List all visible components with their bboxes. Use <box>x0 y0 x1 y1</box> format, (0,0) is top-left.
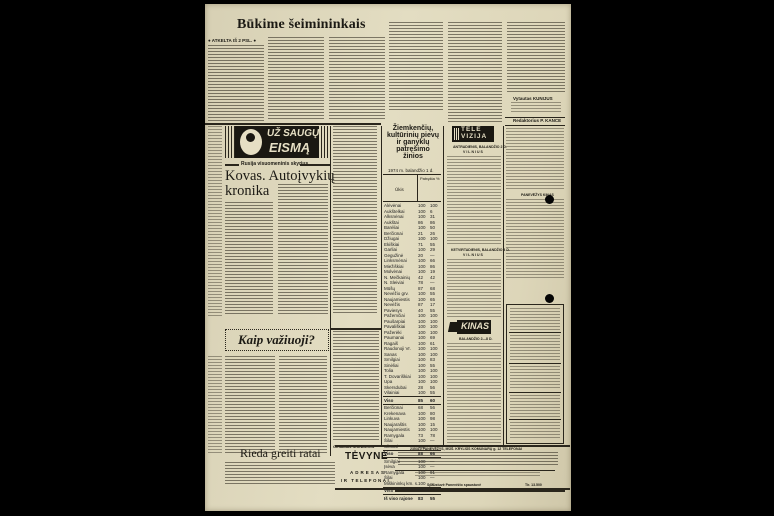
horizontal-divider <box>205 123 381 125</box>
table-header-name: Ūkis <box>395 187 404 192</box>
farm-report-date: 1974 m. balandžio 1 d. <box>388 168 434 173</box>
table-cell: Paumanai <box>384 335 404 340</box>
table-cell: Alksnėnai <box>384 214 404 219</box>
farm-report-headline: Žiemkenčių, kultūrinių pievų ir ganyklų … <box>383 125 443 160</box>
table-cell: Barėliai <box>384 225 399 230</box>
notice-2 <box>510 335 560 361</box>
table-cell: Molvėnai <box>384 269 402 274</box>
cinema-logo-box: KINAS <box>457 320 491 334</box>
table-cell: Smilgiai <box>384 357 400 362</box>
table-cell: Berčiūnai <box>384 231 403 236</box>
table-cell: 55 <box>430 363 435 368</box>
table-cell: 100 <box>418 352 426 357</box>
table-cell: Nevėžio grv. <box>384 291 409 296</box>
author-note <box>511 102 561 114</box>
table-cell: 55 <box>430 291 435 296</box>
chronicle-text-col-1 <box>225 202 273 314</box>
table-cell: 28 <box>418 385 423 390</box>
article-text-col-5 <box>448 22 502 122</box>
tv-antenna-icon <box>454 128 459 140</box>
table-cell: 100 <box>430 368 438 373</box>
table-cell: 66 <box>430 258 435 263</box>
tv-logo-text-2: VIZIJA <box>461 133 487 140</box>
cinema-logo-text: KINAS <box>461 321 489 331</box>
table-cell: 55 <box>430 390 435 395</box>
cinema-subtitle: BALANDŽIO 2—8 D. <box>459 337 492 341</box>
table-cell: Skersdubai <box>384 385 407 390</box>
tv-schedule-2 <box>447 259 501 317</box>
table-cell: 83 <box>430 357 435 362</box>
table-cell: 100 <box>418 269 426 274</box>
table-cell: 31 <box>430 214 435 219</box>
table-cell: 100 <box>418 313 426 318</box>
table-cell: 100 <box>418 427 426 432</box>
traffic-light-inner-icon <box>246 133 255 142</box>
table-cell: Aukštelkai <box>384 209 405 214</box>
table-cell: 73 <box>418 433 423 438</box>
footer-rule-mid <box>395 470 555 471</box>
table-cell: Sinėliai <box>384 363 399 368</box>
table-cell: Nevėžis <box>384 302 400 307</box>
television-logo: TELE VIZIJA <box>452 126 494 142</box>
chronicle-text-col-2 <box>278 184 328 314</box>
table-cell: 100 <box>430 374 438 379</box>
table-cell: 55 <box>430 308 435 313</box>
article-text-col-1 <box>208 45 264 121</box>
table-cell: 100 <box>430 203 438 208</box>
table-cell: 100 <box>418 324 426 329</box>
table-cell: 100 <box>418 214 426 219</box>
farm-headline-4: patręšimo <box>383 146 443 153</box>
table-cell: T. Dovariškiai <box>384 374 411 379</box>
table-cell: 6 <box>430 209 433 214</box>
table-cell: Berčiūnai <box>384 405 403 410</box>
table-cell: 100 <box>430 346 438 351</box>
table-cell: Naujaraštis <box>384 422 407 427</box>
tv-schedule-1 <box>447 156 501 246</box>
table-cell: Linksmėnai <box>384 258 407 263</box>
footer-printer-note <box>415 472 540 478</box>
table-cell: Miežiškiai <box>384 264 404 269</box>
table-cell: 65 <box>430 297 435 302</box>
table-cell: Raudonoji Vr. <box>384 346 411 351</box>
cinema-logo: KINAS <box>449 320 491 334</box>
table-cell: 100 <box>430 379 438 384</box>
article-text-col-4 <box>389 22 443 112</box>
table-cell: Mūšų <box>384 286 395 291</box>
table-cell: Krekenava <box>384 411 406 416</box>
farm-headline-1: Žiemkenčių, <box>383 125 443 132</box>
rieda-text <box>225 462 335 484</box>
editor-line: Redaktorius P. KANCE <box>513 118 561 123</box>
farm-report-table: Patręšta % Ūkis Alėvėnai100100Aukštelkai… <box>383 174 441 445</box>
table-cell: 100 <box>418 264 426 269</box>
table-header-rule <box>383 201 441 202</box>
table-cell: 17 <box>430 302 435 307</box>
table-cell: Ragaiš <box>384 341 398 346</box>
table-cell: Tolia <box>384 368 393 373</box>
table-cell: 100 <box>430 427 438 432</box>
table-cell: 100 <box>418 368 426 373</box>
kaip-text-col-1 <box>225 356 275 454</box>
table-cell: 50 <box>430 225 435 230</box>
table-cell: 100 <box>430 330 438 335</box>
table-cell: 100 <box>418 411 426 416</box>
tv-section-1-subtitle: VILNIUS <box>463 150 484 154</box>
table-cell: 69 <box>430 335 435 340</box>
table-cell: 100 <box>418 258 426 263</box>
table-cell: Viso <box>384 451 393 456</box>
table-cell: 20 <box>418 253 423 258</box>
table-cell: Alėvėnai <box>384 203 401 208</box>
table-cell: 100 <box>430 324 438 329</box>
table-cell: 100 <box>418 481 426 486</box>
table-cell: Iš viso rajone <box>384 496 413 501</box>
table-cell: 21 <box>418 231 423 236</box>
table-cell: N. Mečkainių <box>384 275 410 280</box>
table-cell: 100 <box>418 225 426 230</box>
notice-rule-4 <box>509 419 561 420</box>
table-cell: Naujamiestis <box>384 297 410 302</box>
table-cell: Pažemčiai <box>384 313 405 318</box>
author-name: Vytautas KUNIJUS <box>513 96 553 101</box>
footer-imprint-text <box>398 452 558 466</box>
table-cell: Linkuva <box>384 416 400 421</box>
table-cell: 100 <box>418 422 426 427</box>
table-cell: 100 <box>418 438 426 443</box>
table-cell: Pavališkiai <box>384 324 405 329</box>
table-cell: 100 <box>430 236 438 241</box>
table-cell: 26 <box>430 231 435 236</box>
headline-rieda-greiti-ratai: Rieda greiti ratai <box>240 446 321 461</box>
farm-headline-5: žinios <box>383 153 443 160</box>
table-cell: — <box>430 253 435 258</box>
cinema-schedule <box>447 343 501 443</box>
table-cell: 100 <box>418 363 426 368</box>
table-cell: 100 <box>418 247 426 252</box>
article-text-col-2 <box>268 37 324 121</box>
table-cell: Šilai <box>384 475 393 480</box>
table-cell: Garliai <box>384 247 397 252</box>
table-cell: Ekiškiai <box>384 242 399 247</box>
table-cell: 100 <box>418 390 426 395</box>
tevyne-address-label: ADRESAS <box>350 470 386 475</box>
table-cell: Vilainiai <box>384 390 399 395</box>
table-cell: 87 <box>418 302 423 307</box>
chronicle-text-col-3 <box>333 126 377 314</box>
table-cell: 100 <box>418 319 426 324</box>
kaip-text-col-2 <box>279 356 327 454</box>
table-cell: Aukštai <box>384 220 399 225</box>
table-col-divider <box>417 175 418 201</box>
footer-circulation: Tir. 13.500 <box>525 483 542 487</box>
table-cell: 40 <box>418 308 423 313</box>
right-column-program <box>506 128 564 190</box>
table-cell: 100 <box>430 313 438 318</box>
table-cell: 100 <box>418 291 426 296</box>
table-cell: 60 <box>430 398 435 403</box>
column-divider-4 <box>503 126 504 446</box>
column-divider-1 <box>330 126 331 456</box>
table-cell: 100 <box>418 330 426 335</box>
table-cell: 100 <box>418 335 426 340</box>
table-cell: 100 <box>418 341 426 346</box>
table-cell: 83 <box>418 496 423 501</box>
footer-print-house: Spaustuvė Panevėžio spaustuvė <box>427 483 481 487</box>
table-cell: 87 <box>418 286 423 291</box>
table-cell: 55 <box>430 242 435 247</box>
table-cell: 68 <box>430 286 435 291</box>
table-cell: 100 <box>418 297 426 302</box>
table-cell: 100 <box>418 209 426 214</box>
table-cell: 98 <box>430 416 435 421</box>
article-text-col-6 <box>507 22 565 94</box>
notice-5 <box>510 422 560 440</box>
farm-headline-2: kultūrinių pievų <box>383 132 443 139</box>
notice-1 <box>510 308 560 330</box>
banner-rule-right <box>300 164 330 166</box>
article-text-col-3 <box>329 37 385 121</box>
tv-section-1-title: ANTRADIENIS, BALANDŽIO 2 D. <box>453 145 507 149</box>
table-cell: 71 <box>418 242 423 247</box>
table-row: Iš viso rajone8355 <box>383 496 441 502</box>
table-cell: 86 <box>430 264 435 269</box>
notice-rule-3 <box>509 392 561 393</box>
table-cell: Naujamiestis <box>384 427 410 432</box>
table-cell: 100 <box>418 379 426 384</box>
table-cell: 100 <box>418 346 426 351</box>
table-cell: Ramygala <box>384 433 404 438</box>
table-cell: Miškininkų km. s. <box>384 481 418 486</box>
tv-section-2-title: KETVIRTADIENIS, BALANDŽIO 4 D. <box>451 248 510 252</box>
table-cell: 85 <box>418 398 423 403</box>
table-cell: Paušarpiai <box>384 319 405 324</box>
headline-box-kaip-vaziuoji: Kaip važiuoji? <box>225 329 329 351</box>
editor-rule-bottom <box>505 125 565 126</box>
table-cell: 15 <box>430 422 435 427</box>
safe-traffic-logo: UŽ SAUGŲ EISMĄ <box>235 126 319 158</box>
table-cell: Sanas <box>384 352 397 357</box>
banner-rule-left <box>225 164 239 166</box>
kaip-divider <box>331 328 381 330</box>
notice-rule-1 <box>509 332 561 333</box>
tv-section-2-subtitle: VILNIUS <box>463 253 484 257</box>
table-cell: 100 <box>418 416 426 421</box>
table-cell: — <box>430 438 435 443</box>
table-cell: 80 <box>430 411 435 416</box>
logo-text-uz-saugu: UŽ SAUGŲ <box>266 128 320 139</box>
notice-3 <box>510 366 560 390</box>
tv-logo-text-1: TELE <box>461 126 482 133</box>
kaip-text-col-3 <box>333 331 379 441</box>
table-cell: — <box>430 280 435 285</box>
column-divider-2 <box>381 126 382 446</box>
table-cell: Šilai <box>384 438 393 443</box>
notice-4 <box>510 395 560 417</box>
table-cell: 42 <box>418 275 423 280</box>
notice-rule-2 <box>509 363 561 364</box>
table-cell: 56 <box>430 385 435 390</box>
table-cell: Upa <box>384 379 392 384</box>
table-cell: 56 <box>430 405 435 410</box>
table-cell: Pažerėki <box>384 330 402 335</box>
binder-hole-bottom <box>545 294 554 303</box>
left-edge-text <box>208 126 222 316</box>
footer-imprint: 235310 PANEVĖŽYS, MŪŠ. KRYLIŪS KOMUNARŲ … <box>410 447 522 451</box>
continued-note: ● ATKELTA IŠ 2 PSL. ● <box>208 38 256 43</box>
table-cell: 61 <box>430 341 435 346</box>
right-column-program-2 <box>506 199 564 279</box>
headline-kaip-vaziuoji: Kaip važiuoji? <box>238 332 315 348</box>
tevyne-title: TĖVYNĖ <box>345 451 388 462</box>
table-cell: 68 <box>418 405 423 410</box>
logo-text-eisma: EISMĄ <box>269 140 310 155</box>
banner-subtitle: Rusija visuomeninis skyrius <box>241 161 308 167</box>
table-cell: Džiugai <box>384 236 399 241</box>
table-cell: 78 <box>418 280 423 285</box>
table-cell: Paviesys <box>384 308 402 313</box>
table-cell: Viso <box>384 398 393 403</box>
column-banner: UŽ SAUGŲ EISMĄ <box>225 126 329 158</box>
table-cell: 100 <box>418 236 426 241</box>
table-cell: 78 <box>430 433 435 438</box>
table-cell: Gegužinė <box>384 253 403 258</box>
table-cell: 29 <box>430 247 435 252</box>
table-cell: 86 <box>430 220 435 225</box>
left-edge-text-2 <box>208 356 222 454</box>
table-cell: N. Sleiviai <box>384 280 404 285</box>
table-cell: 86 <box>418 220 423 225</box>
table-cell: 100 <box>418 374 426 379</box>
column-divider-3 <box>443 126 444 446</box>
table-cell: 100 <box>418 203 426 208</box>
table-cell: 100 <box>418 357 426 362</box>
table-cell: 19 <box>430 269 435 274</box>
headline-bukime-seimininkais: Būkime šeimininkais <box>237 17 366 33</box>
notices-box <box>506 304 564 444</box>
footer-rule-bottom <box>395 490 565 492</box>
binder-hole-top <box>545 195 554 204</box>
farm-headline-3: ir ganyklų <box>383 139 443 146</box>
table-cell: 100 <box>430 319 438 324</box>
newspaper-page: Būkime šeimininkais ● ATKELTA IŠ 2 PSL. … <box>205 4 571 511</box>
table-header-group: Patręšta % <box>420 176 440 181</box>
table-cell: Įsėva <box>384 464 395 469</box>
table-cell: 55 <box>430 496 435 501</box>
table-cell: 42 <box>430 275 435 280</box>
table-cell: 100 <box>430 352 438 357</box>
